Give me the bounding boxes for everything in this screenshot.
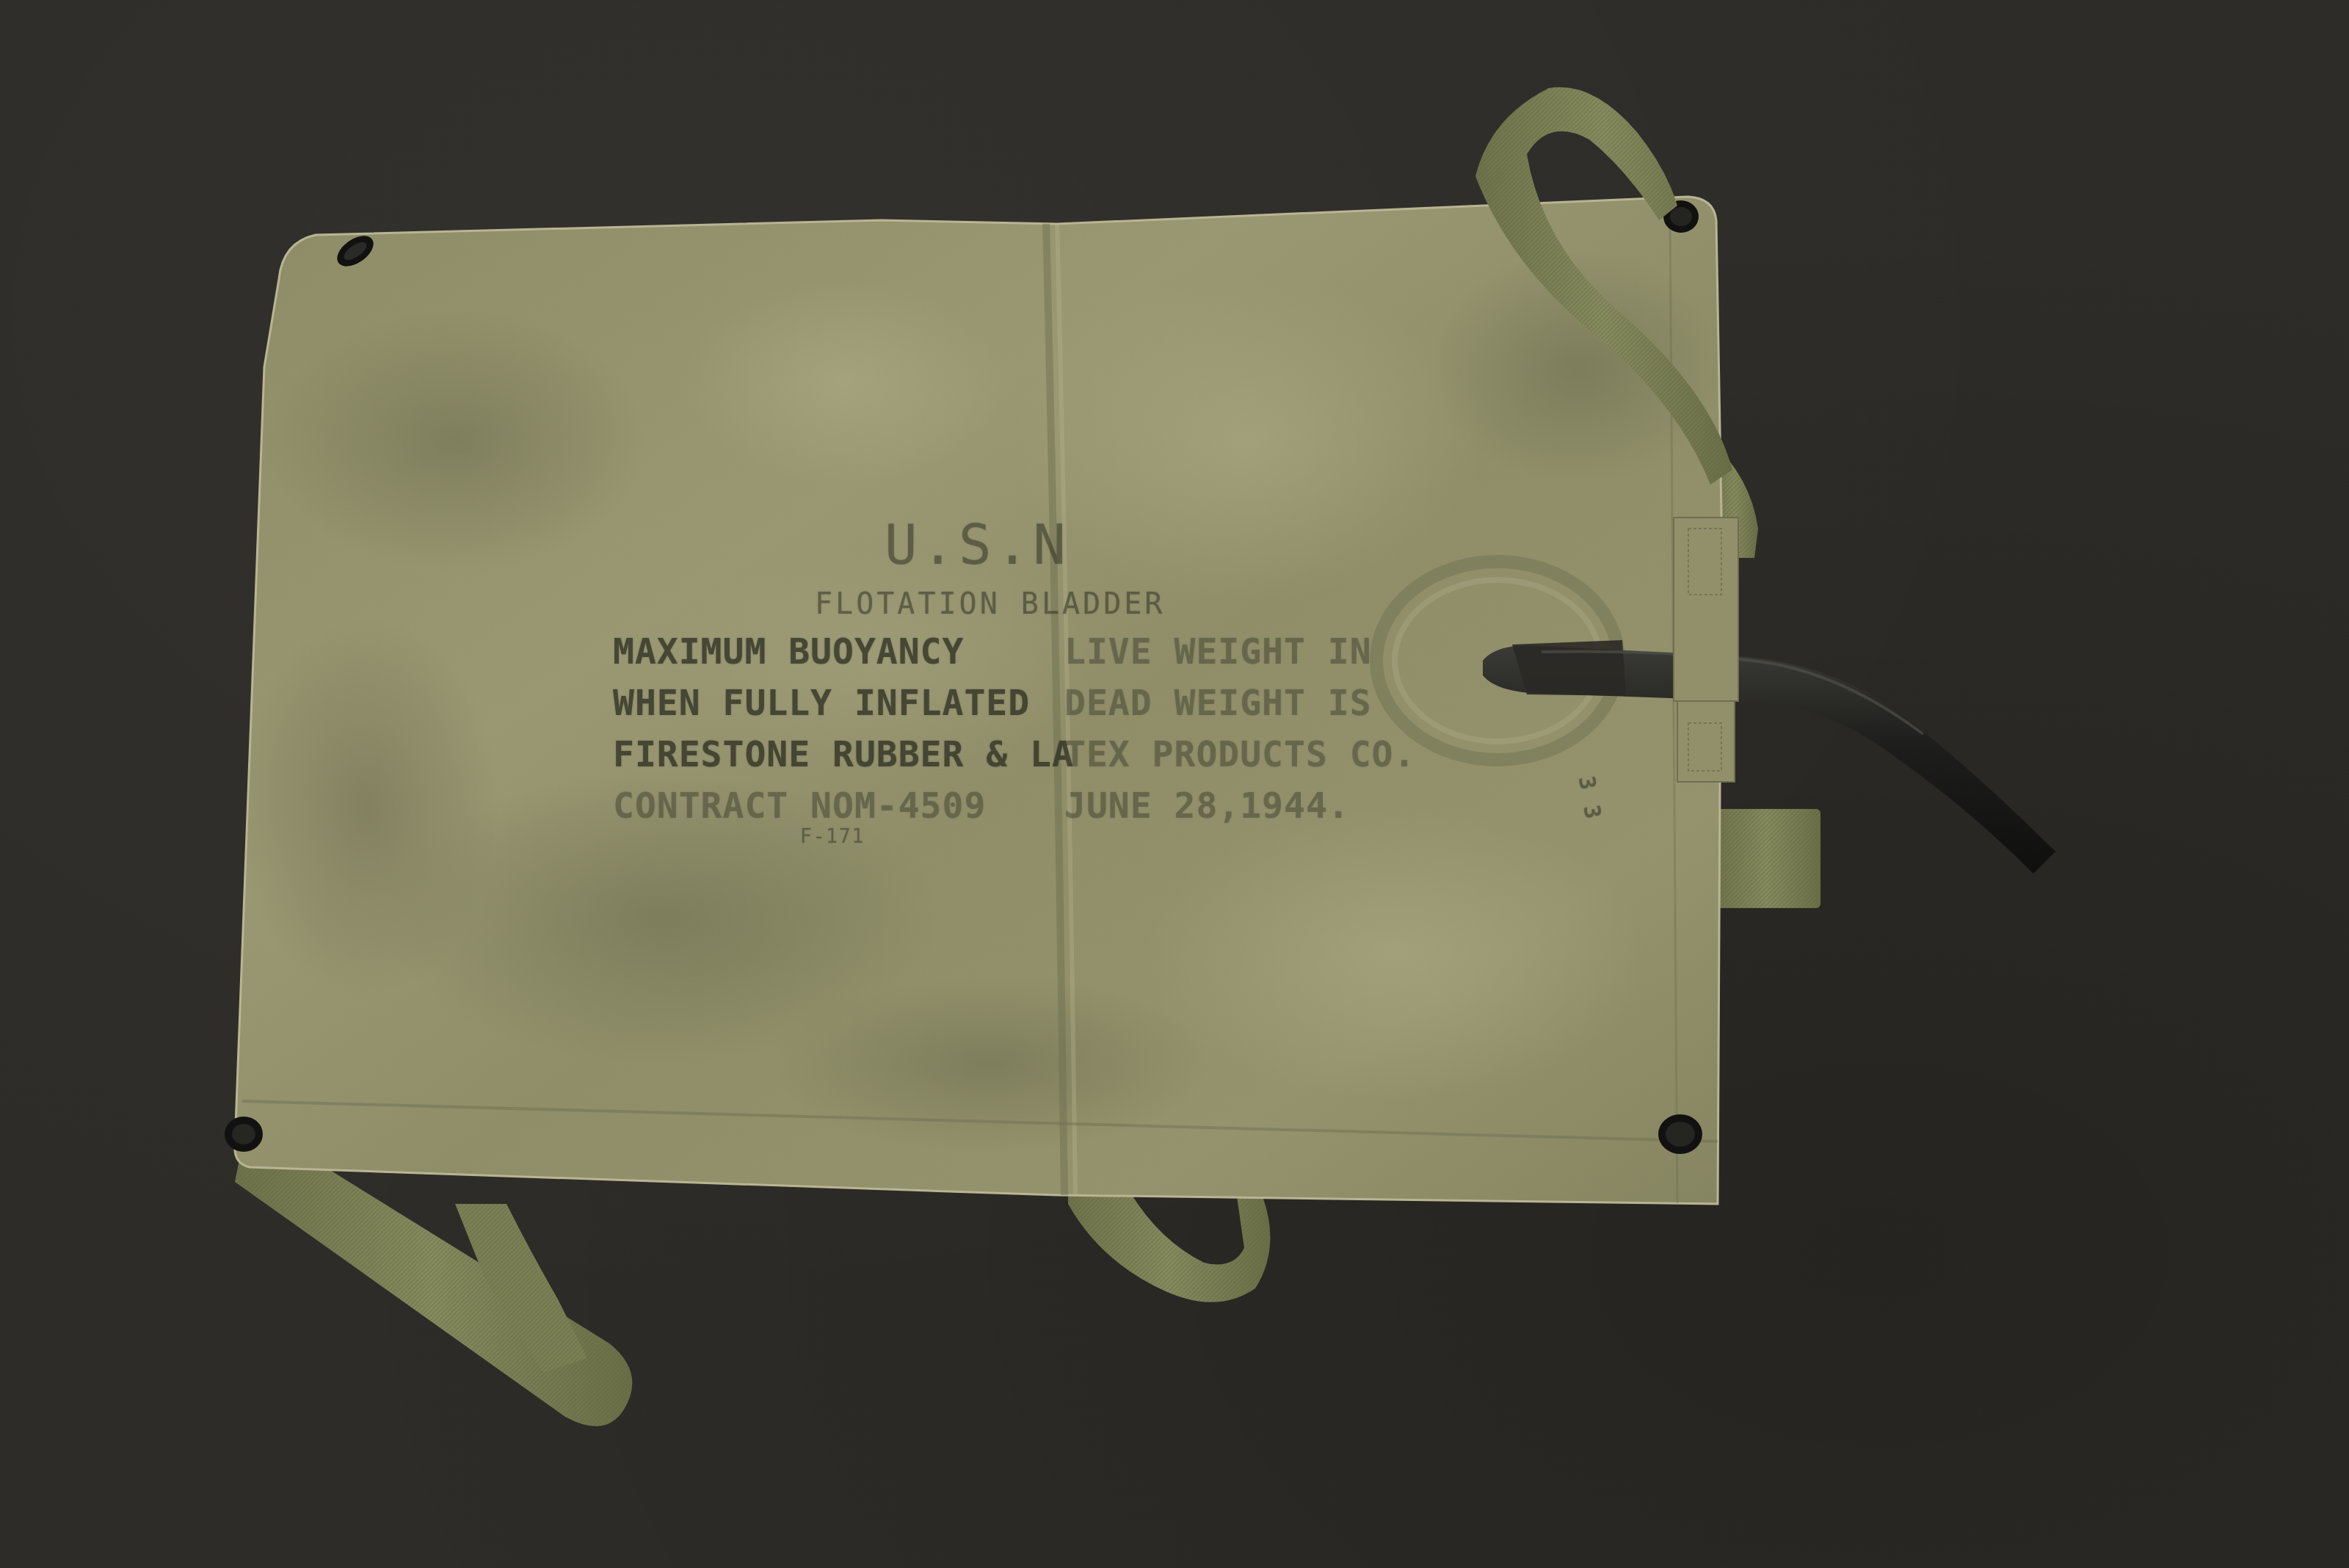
stencil-usn: U.S.N bbox=[885, 514, 1070, 577]
grommet-bottom-right bbox=[1658, 1114, 1702, 1154]
stencil-left-line-3: FIRESTONE RUBBER & LA bbox=[613, 734, 1074, 775]
stencil-right-line-2: DEAD WEIGHT IS bbox=[1064, 683, 1372, 724]
flotation-bladder-photo bbox=[0, 0, 2349, 1568]
stencil-right-line-1: LIVE WEIGHT IN bbox=[1064, 631, 1372, 672]
stencil-title: FLOTATION BLADDER bbox=[815, 587, 1165, 621]
stencil-right-line-3: TEX PRODUCTS CO. bbox=[1064, 734, 1415, 775]
stencil-left-line-1: MAXIMUM BUOYANCY bbox=[613, 631, 964, 672]
stencil-left-line-2: WHEN FULLY INFLATED bbox=[613, 683, 1030, 724]
stencil-mark-f171: F-171 bbox=[800, 826, 865, 848]
bottom-left-strap bbox=[235, 1145, 632, 1426]
hose-keeper-tab bbox=[1674, 518, 1738, 782]
grommet-bottom-left bbox=[225, 1117, 263, 1152]
stencil-left-line-4: CONTRACT NOM-4509 bbox=[613, 785, 986, 827]
stencil-right-line-4: JUNE 28,1944. bbox=[1064, 785, 1350, 827]
bottom-middle-strap bbox=[1068, 1193, 1270, 1302]
right-short-strap bbox=[1714, 809, 1820, 908]
